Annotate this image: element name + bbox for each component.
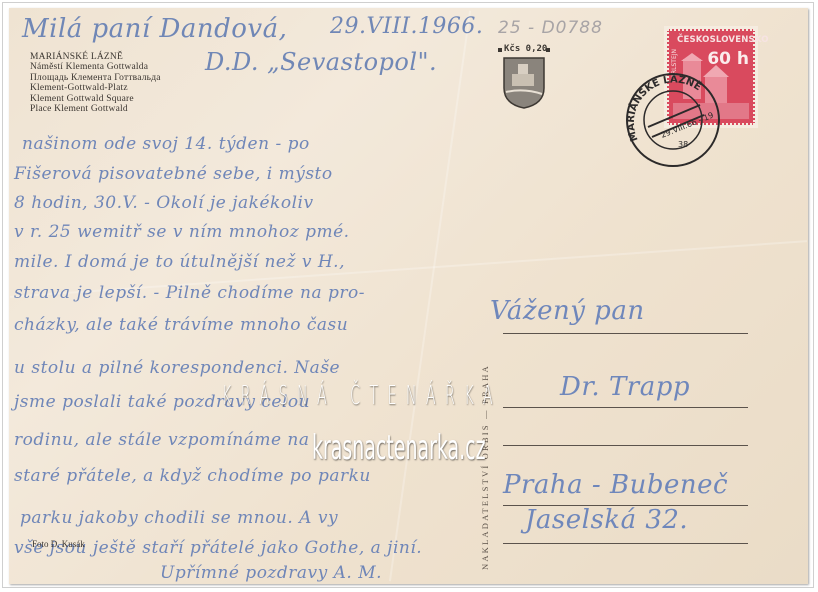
charity-seal: Kčs 0,20 bbox=[488, 44, 560, 116]
reference-code: 25 - D0788 bbox=[498, 18, 603, 38]
postmark-date: 29.VIII.66 - 19 bbox=[659, 111, 714, 140]
caption-line: MARIÁNSKÉ LÁZNĚ bbox=[30, 52, 161, 62]
address-rule bbox=[503, 333, 748, 334]
message-line: u stolu a pilné korespondenci. Naše bbox=[14, 358, 340, 378]
address-rule bbox=[503, 407, 748, 408]
message-line: 8 hodin, 30.V. - Okolí je jakékoliv bbox=[14, 193, 314, 213]
caption-line: Náměstí Klementa Gottwalda bbox=[30, 62, 161, 72]
sender-place: D.D. „Sevastopol". bbox=[205, 48, 437, 76]
address-line: Jaselská 32. bbox=[525, 505, 688, 535]
postmark: MARIÁNSKÉ LÁZNĚ 29.VIII.66 - 19 38 bbox=[618, 65, 728, 175]
watermark-title: KRÁSNÁ ČTENÁŘKA bbox=[222, 381, 502, 411]
message-line: našinom ode svoj 14. týden - po bbox=[22, 134, 310, 154]
printed-caption: MARIÁNSKÉ LÁZNĚ Náměstí Klementa Gottwal… bbox=[30, 52, 161, 114]
caption-line: Place Klement Gottwald bbox=[30, 104, 161, 114]
letter-date: 29.VIII.1966. bbox=[330, 14, 483, 39]
address-rule bbox=[503, 445, 748, 446]
caption-line: Площадь Клемента Готтвальда bbox=[30, 73, 161, 83]
photo-credit: Foto D. Kusák bbox=[32, 539, 85, 549]
caption-line: Klement Gottwald Square bbox=[30, 94, 161, 104]
seal-price: Kčs 0,20 bbox=[504, 44, 547, 54]
message-line: v r. 25 wemitř se v ním mnohoz pmé. bbox=[14, 222, 350, 242]
message-line: parku jakoby chodili se mnou. A vy bbox=[20, 508, 338, 528]
address-line: Dr. Trapp bbox=[560, 372, 690, 402]
postmark-number: 38 bbox=[678, 140, 688, 149]
watermark-url[interactable]: krasnactenarka.cz bbox=[312, 428, 486, 468]
stamp-country: ČESKOSLOVENSKO bbox=[677, 35, 769, 45]
message-line: strava je lepší. - Pilně chodíme na pro- bbox=[14, 283, 365, 303]
greeting: Milá paní Dandová, bbox=[22, 14, 287, 44]
address-rule bbox=[503, 543, 748, 544]
message-line: cházky, ale také trávíme mnoho času bbox=[14, 315, 348, 335]
message-line: staré přátele, a když chodíme po parku bbox=[14, 466, 371, 486]
crease bbox=[389, 11, 471, 582]
address-line: Praha - Bubeneč bbox=[503, 470, 728, 500]
message-line: mile. I domá je to útulnější než v H., bbox=[14, 252, 345, 272]
castle-shield-icon bbox=[488, 44, 560, 116]
message-line: rodinu, ale stále vzpomínáme na bbox=[14, 430, 310, 450]
postmark-icon: MARIÁNSKÉ LÁZNĚ 29.VIII.66 - 19 38 bbox=[618, 65, 728, 175]
message-line: Upřímné pozdravy A. M. bbox=[160, 563, 382, 583]
message-line: Fišerová pisovatebné sebe, i mýsto bbox=[14, 164, 333, 184]
caption-line: Klement-Gottwald-Platz bbox=[30, 83, 161, 93]
address-line: Vážený pan bbox=[490, 296, 645, 326]
